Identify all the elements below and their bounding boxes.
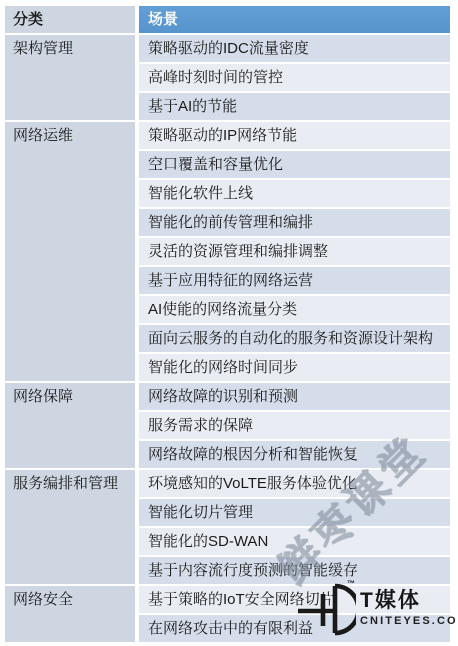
category-group: 服务编排和管理环境感知的VoLTE服务体验优化智能化切片管理智能化的SD-WAN… [5, 470, 450, 586]
category-cell: 架构管理 [5, 35, 139, 122]
scene-cell: 环境感知的VoLTE服务体验优化 [139, 470, 450, 499]
scene-rows: 策略驱动的IDC流量密度高峰时刻时间的管控基于AI的节能 [139, 35, 450, 122]
scenario-table: 分类 场景 架构管理策略驱动的IDC流量密度高峰时刻时间的管控基于AI的节能网络… [5, 6, 450, 644]
category-group: 网络保障网络故障的识别和预测服务需求的保障网络故障的根因分析和智能恢复 [5, 383, 450, 470]
brand-domain: CNITEYES.COM [360, 615, 458, 627]
scene-rows: 策略驱动的IP网络节能空口覆盖和容量优化智能化软件上线智能化的前传管理和编排灵活… [139, 122, 450, 383]
table-body: 架构管理策略驱动的IDC流量密度高峰时刻时间的管控基于AI的节能网络运维策略驱动… [5, 35, 450, 644]
category-group: 架构管理策略驱动的IDC流量密度高峰时刻时间的管控基于AI的节能 [5, 35, 450, 122]
brand-text-block: T媒体 CNITEYES.COM [360, 589, 458, 627]
category-group: 网络运维策略驱动的IP网络节能空口覆盖和容量优化智能化软件上线智能化的前传管理和… [5, 122, 450, 383]
scene-cell: 基于AI的节能 [139, 93, 450, 122]
table-header-row: 分类 场景 [5, 6, 450, 35]
scene-cell: 基于应用特征的网络运营 [139, 267, 450, 296]
scene-cell: 网络故障的根因分析和智能恢复 [139, 441, 450, 470]
brand-name: T媒体 [360, 589, 458, 613]
scene-rows: 网络故障的识别和预测服务需求的保障网络故障的根因分析和智能恢复 [139, 383, 450, 470]
header-scene: 场景 [139, 6, 450, 35]
scene-cell: 服务需求的保障 [139, 412, 450, 441]
tmedia-logo-icon [296, 581, 356, 641]
trademark-symbol: ™ [347, 579, 355, 588]
scene-cell: 智能化的前传管理和编排 [139, 209, 450, 238]
scene-cell: 智能化软件上线 [139, 180, 450, 209]
scene-cell: 智能化的网络时间同步 [139, 354, 450, 383]
scene-cell: 策略驱动的IDC流量密度 [139, 35, 450, 64]
category-cell: 网络安全 [5, 586, 139, 644]
brand-logo: ™ T媒体 CNITEYES.COM [296, 579, 456, 643]
category-cell: 服务编排和管理 [5, 470, 139, 586]
scene-cell: 智能化切片管理 [139, 499, 450, 528]
scene-cell: 网络故障的识别和预测 [139, 383, 450, 412]
category-cell: 网络运维 [5, 122, 139, 383]
header-category: 分类 [5, 6, 139, 35]
scene-cell: 面向云服务的自动化的服务和资源设计架构 [139, 325, 450, 354]
scene-cell: 灵活的资源管理和编排调整 [139, 238, 450, 267]
scene-cell: 高峰时刻时间的管控 [139, 64, 450, 93]
scene-cell: 空口覆盖和容量优化 [139, 151, 450, 180]
scene-cell: AI使能的网络流量分类 [139, 296, 450, 325]
category-cell: 网络保障 [5, 383, 139, 470]
table-figure: 分类 场景 架构管理策略驱动的IDC流量密度高峰时刻时间的管控基于AI的节能网络… [0, 0, 458, 646]
scene-cell: 策略驱动的IP网络节能 [139, 122, 450, 151]
scene-cell: 智能化的SD-WAN [139, 528, 450, 557]
scene-rows: 环境感知的VoLTE服务体验优化智能化切片管理智能化的SD-WAN基于内容流行度… [139, 470, 450, 586]
